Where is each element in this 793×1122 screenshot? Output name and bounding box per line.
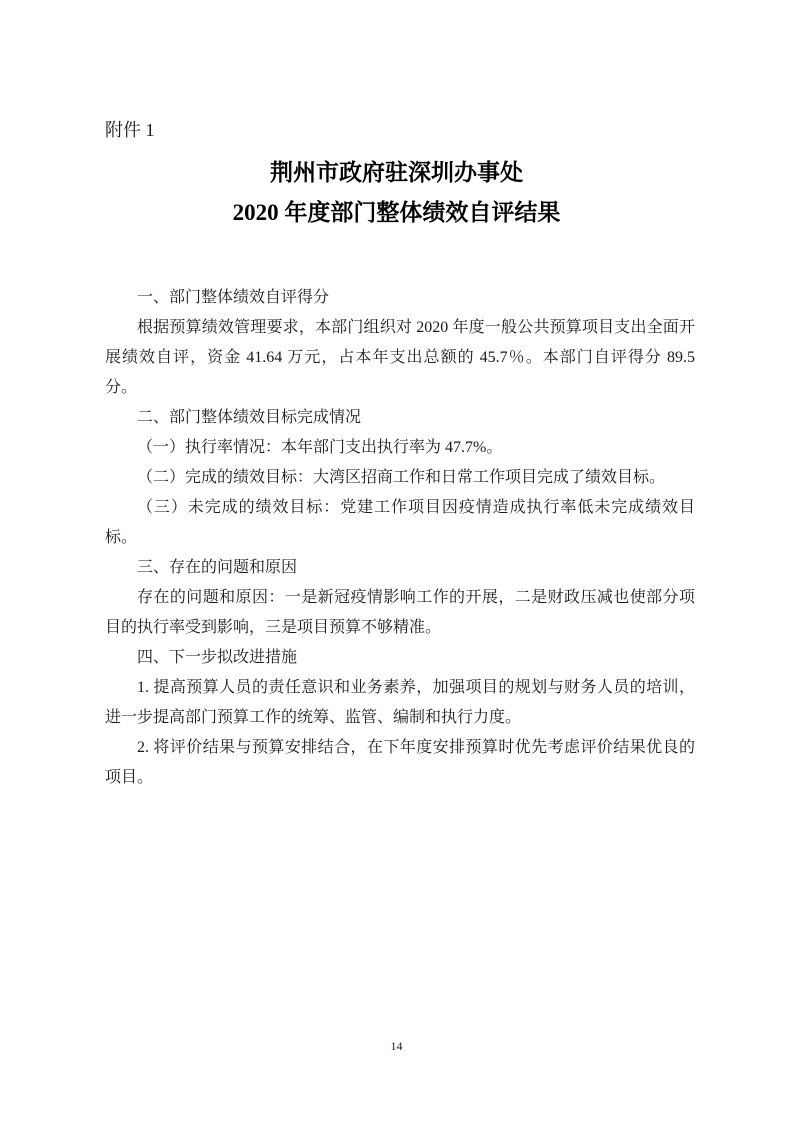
section-2-item-2: （二）完成的绩效目标：大湾区招商工作和日常工作项目完成了绩效目标。 xyxy=(105,463,695,493)
document-page: 附件 1 荆州市政府驻深圳办事处 2020 年度部门整体绩效自评结果 一、部门整… xyxy=(0,0,793,1122)
attachment-label: 附件 1 xyxy=(105,118,155,142)
document-title-line1: 荆州市政府驻深圳办事处 xyxy=(0,153,793,193)
document-body: 一、部门整体绩效自评得分 根据预算绩效管理要求，本部门组织对 2020 年度一般… xyxy=(105,283,695,793)
section-4-item-2: 2. 将评价结果与预算安排结合，在下年度安排预算时优先考虑评价结果优良的项目。 xyxy=(105,733,695,793)
document-title: 荆州市政府驻深圳办事处 2020 年度部门整体绩效自评结果 xyxy=(0,153,793,233)
section-3-heading: 三、存在的问题和原因 xyxy=(105,553,695,583)
section-1-heading: 一、部门整体绩效自评得分 xyxy=(105,283,695,313)
section-1-paragraph: 根据预算绩效管理要求，本部门组织对 2020 年度一般公共预算项目支出全面开展绩… xyxy=(105,313,695,403)
section-2-item-1: （一）执行率情况：本年部门支出执行率为 47.7%。 xyxy=(105,433,695,463)
section-2-heading: 二、部门整体绩效目标完成情况 xyxy=(105,403,695,433)
page-number: 14 xyxy=(0,1038,793,1054)
section-4-heading: 四、下一步拟改进措施 xyxy=(105,643,695,673)
section-4-item-1: 1. 提高预算人员的责任意识和业务素养，加强项目的规划与财务人员的培训，进一步提… xyxy=(105,673,695,733)
section-2-item-3: （三）未完成的绩效目标：党建工作项目因疫情造成执行率低未完成绩效目标。 xyxy=(105,493,695,553)
document-title-line2: 2020 年度部门整体绩效自评结果 xyxy=(0,193,793,233)
section-3-paragraph: 存在的问题和原因：一是新冠疫情影响工作的开展，二是财政压减也使部分项目的执行率受… xyxy=(105,583,695,643)
